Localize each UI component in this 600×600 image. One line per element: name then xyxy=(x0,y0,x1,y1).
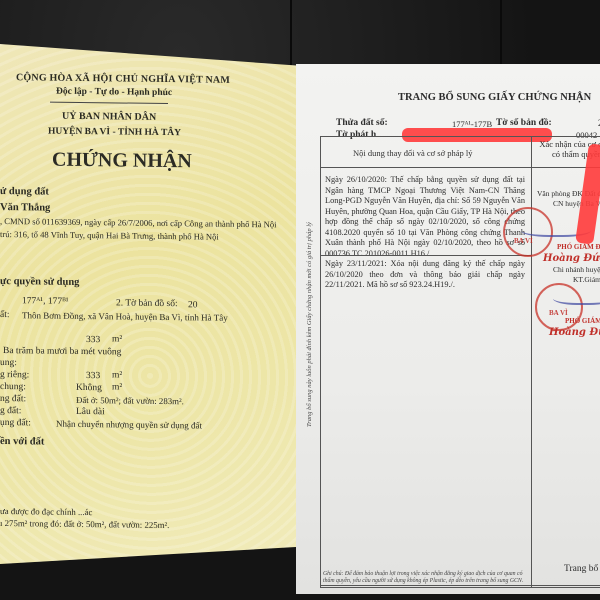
table-row-divider xyxy=(321,255,531,256)
land-area-unit: m² xyxy=(112,334,122,344)
changes-table: Nội dung thay đổi và cơ sở pháp lý Xác n… xyxy=(320,136,600,588)
supplement-title: TRANG BỔ SUNG GIẤY CHỨNG NHẬN xyxy=(398,92,591,103)
common-area-unit: m² xyxy=(112,382,122,392)
table-header-divider xyxy=(321,167,600,168)
common-area: Không xyxy=(76,383,102,393)
map-sheet-number: 20 xyxy=(188,300,198,310)
country-heading: CỘNG HÒA XÃ HỘI CHỦ NGHĨA VIỆT NAM xyxy=(16,72,230,86)
side-note: Trang bổ sung này luôn phải đính kèm Giấ… xyxy=(306,222,313,427)
certificate-left-page: CỘNG HÒA XÃ HỘI CHỦ NGHĨA VIỆT NAM Độc l… xyxy=(0,44,298,568)
table-row-2-content: Ngày 23/11/2021: Xóa nội dung đăng ký th… xyxy=(325,259,525,291)
row-1-stamp-text: BA VÌ xyxy=(514,237,533,245)
row-1-signer-title: PHÓ GIÁM ĐỐC xyxy=(557,243,600,251)
supplement-right-page: TRANG BỔ SUNG GIẤY CHỨNG NHẬN Thửa đất s… xyxy=(296,64,600,594)
table-bottom-border xyxy=(321,585,600,586)
land-purpose: Đất ở: 50m²; đất vườn: 283m². xyxy=(76,395,184,406)
row-1-signer-name: Hoàng Đức xyxy=(543,253,600,264)
issuer-location: HUYỆN BA VÌ - TỈNH HÀ TÂY xyxy=(48,127,181,139)
private-area: 333 xyxy=(86,371,100,381)
table-row-1-content: Ngày 26/10/2020: Thế chấp bằng quyền sử … xyxy=(325,175,525,259)
land-term: Lâu dài xyxy=(76,407,105,417)
row-2-stamp-text: BA VÌ xyxy=(549,309,568,317)
purpose-label: ng đất: xyxy=(0,394,26,404)
private-area-unit: m² xyxy=(112,370,122,380)
table-column-divider xyxy=(531,137,532,587)
row-2-signature xyxy=(553,289,600,305)
owner-address: trú: 316, tổ 48 Vĩnh Tuy, quận Hai Bà Tr… xyxy=(0,229,219,242)
private-use-label: g riêng: xyxy=(0,370,29,380)
header-divider xyxy=(50,102,168,104)
motto: Độc lập - Tự do - Hạnh phúc xyxy=(56,87,172,98)
row-2-signer-title: PHÓ GIÁM ĐỐC xyxy=(565,317,600,325)
certificate-title: CHỨNG NHẬN xyxy=(52,149,192,174)
map-label: Tờ số bản đồ: xyxy=(496,118,552,128)
assets-section-heading: ền với đất xyxy=(0,436,44,448)
note-line-2: ı 275m² trong đó: đất ở: 50m², đất vườn:… xyxy=(0,518,169,530)
page-label: Trang bổ xyxy=(564,564,598,574)
land-section-heading: ực quyền sử dụng xyxy=(0,276,79,288)
owner-name: Văn Thắng xyxy=(0,202,50,214)
parcel-label: Thửa đất số: xyxy=(336,118,388,128)
land-address: Thôn Bơm Đồng, xã Vân Hoà, huyện Ba Vì, … xyxy=(22,310,228,323)
footnote: Ghi chú: Để đảm bảo thuận lợi trong việc… xyxy=(323,571,533,585)
common-use-label: chung: xyxy=(0,382,26,392)
background-seam xyxy=(290,0,292,70)
background-seam xyxy=(500,0,502,70)
parcel-number: 177ᴬ¹, 177ᴮ¹ xyxy=(22,296,69,307)
issuer: UỶ BAN NHÂN DÂN xyxy=(62,111,156,123)
row-2-office-branch: KT.Giám Đốc xyxy=(573,275,600,284)
row-2-signer-name: Hoàng Đức xyxy=(549,327,600,338)
origin-label: ụng đất: xyxy=(0,418,31,428)
owner-section-heading: ử dụng đất xyxy=(0,186,49,198)
land-address-label: ất: xyxy=(0,310,10,320)
map-sheet-label: 2. Tờ bản đồ số: xyxy=(116,298,178,309)
note-line-1: ưa được đo đạc chính ...ác xyxy=(0,506,92,517)
owner-id-line: , CMND số 011639369, ngày cấp 26/7/2006,… xyxy=(0,216,277,229)
usage-form-label: ung: xyxy=(0,358,17,368)
term-label: g đất: xyxy=(0,406,21,416)
row-2-office: Chi nhánh huyện xyxy=(553,265,600,274)
land-origin: Nhận chuyển nhượng quyền sử dụng đất xyxy=(56,419,202,431)
land-area-words: Ba trăm ba mươi ba mét vuông xyxy=(3,346,121,357)
col1-header: Nội dung thay đổi và cơ sở pháp lý xyxy=(353,148,472,158)
land-area: 333 xyxy=(86,335,100,345)
